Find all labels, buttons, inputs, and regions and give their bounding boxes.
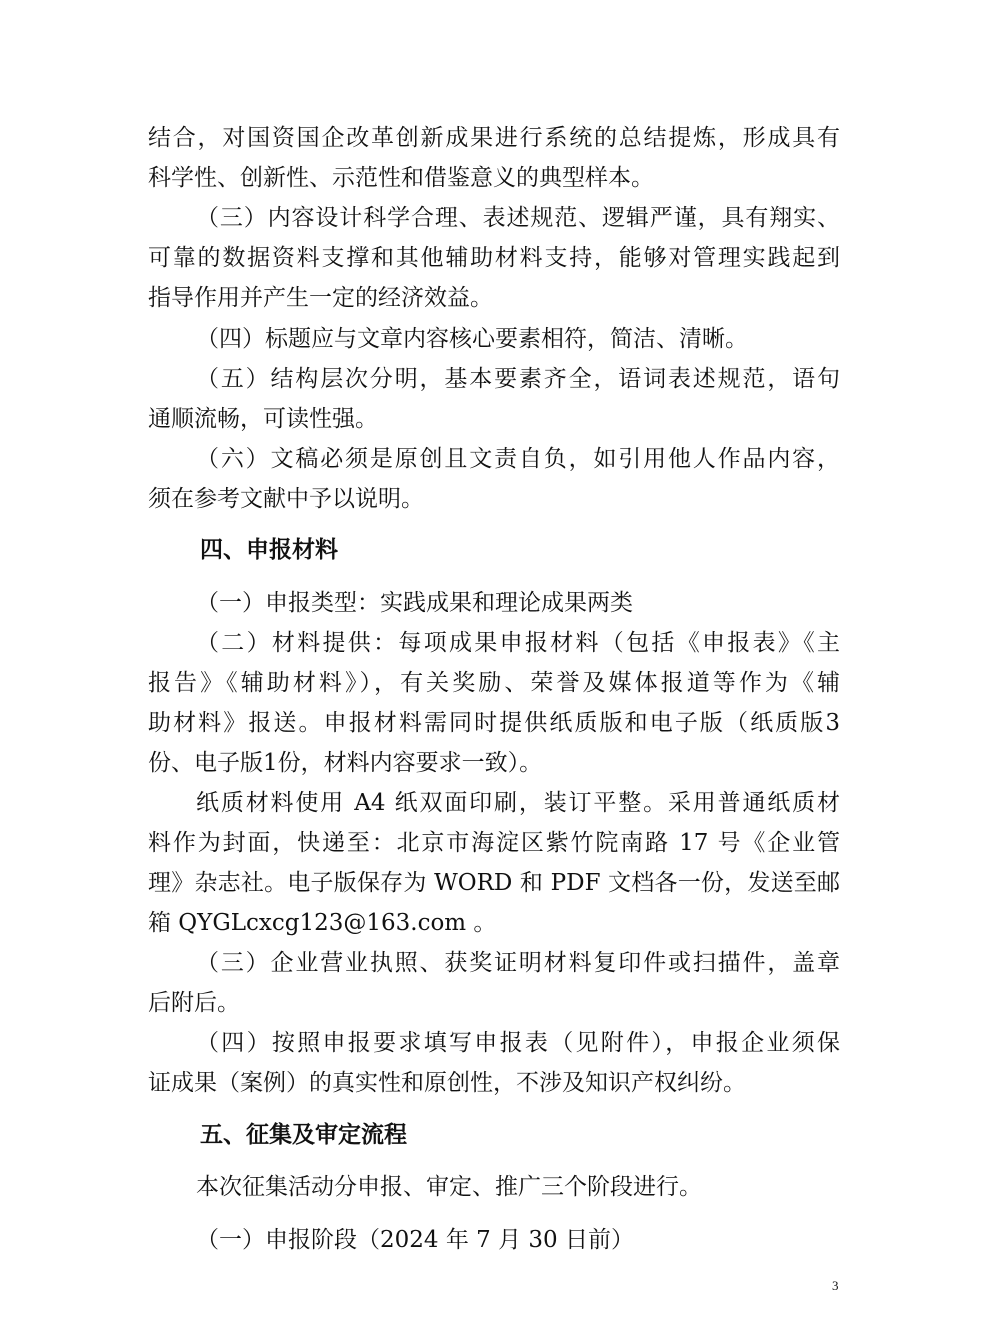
text-line: 理》杂志社。电子版保存为 WORD 和 PDF 文档各一份，发送至邮 [148, 863, 840, 903]
text-line: 可靠的数据资料支撑和其他辅助材料支持，能够对管理实践起到 [148, 238, 840, 278]
text-line: 纸质材料使用 A4 纸双面印刷，装订平整。采用普通纸质材 [196, 783, 840, 823]
text-line: 箱 QYGLcxcg123@163.com 。 [148, 903, 840, 943]
text-line: 指导作用并产生一定的经济效益。 [148, 278, 840, 318]
text-line: 后附后。 [148, 983, 840, 1023]
text-line: （五）结构层次分明，基本要素齐全，语词表述规范，语句 [196, 359, 840, 399]
text-line: 本次征集活动分申报、审定、推广三个阶段进行。 [196, 1167, 840, 1207]
text-line: （二）材料提供：每项成果申报材料（包括《申报表》《主 [196, 623, 840, 663]
page-number: 3 [832, 1278, 839, 1294]
section-heading-materials: 四、申报材料 [200, 530, 338, 570]
text-line: 科学性、创新性、示范性和借鉴意义的典型样本。 [148, 158, 840, 198]
text-line: 报告》《辅助材料》），有关奖励、荣誉及媒体报道等作为《辅 [148, 663, 840, 703]
text-line: （六）文稿必须是原创且文责自负，如引用他人作品内容， [196, 439, 840, 479]
text-line: （三）企业营业执照、获奖证明材料复印件或扫描件，盖章 [196, 943, 840, 983]
text-line: 证成果（案例）的真实性和原创性，不涉及知识产权纠纷。 [148, 1063, 840, 1103]
text-line: 助材料》报送。申报材料需同时提供纸质版和电子版（纸质版3 [148, 703, 840, 743]
text-line: 通顺流畅，可读性强。 [148, 399, 840, 439]
text-line: （一）申报阶段（2024 年 7 月 30 日前） [196, 1220, 840, 1260]
text-line: （三）内容设计科学合理、表述规范、逻辑严谨，具有翔实、 [196, 198, 840, 238]
text-line: 料作为封面，快递至：北京市海淀区紫竹院南路 17 号《企业管 [148, 823, 840, 863]
text-line: 须在参考文献中予以说明。 [148, 479, 840, 519]
section-heading-process: 五、征集及审定流程 [200, 1115, 407, 1155]
text-line: 结合，对国资国企改革创新成果进行系统的总结提炼，形成具有 [148, 118, 840, 158]
text-line: （一）申报类型：实践成果和理论成果两类 [196, 583, 840, 623]
document-page: 结合，对国资国企改革创新成果进行系统的总结提炼，形成具有科学性、创新性、示范性和… [0, 0, 987, 1337]
text-line: （四）标题应与文章内容核心要素相符，简洁、清晰。 [196, 319, 840, 359]
text-line: 份、电子版1份，材料内容要求一致）。 [148, 743, 840, 783]
text-line: （四）按照申报要求填写申报表（见附件），申报企业须保 [196, 1023, 840, 1063]
